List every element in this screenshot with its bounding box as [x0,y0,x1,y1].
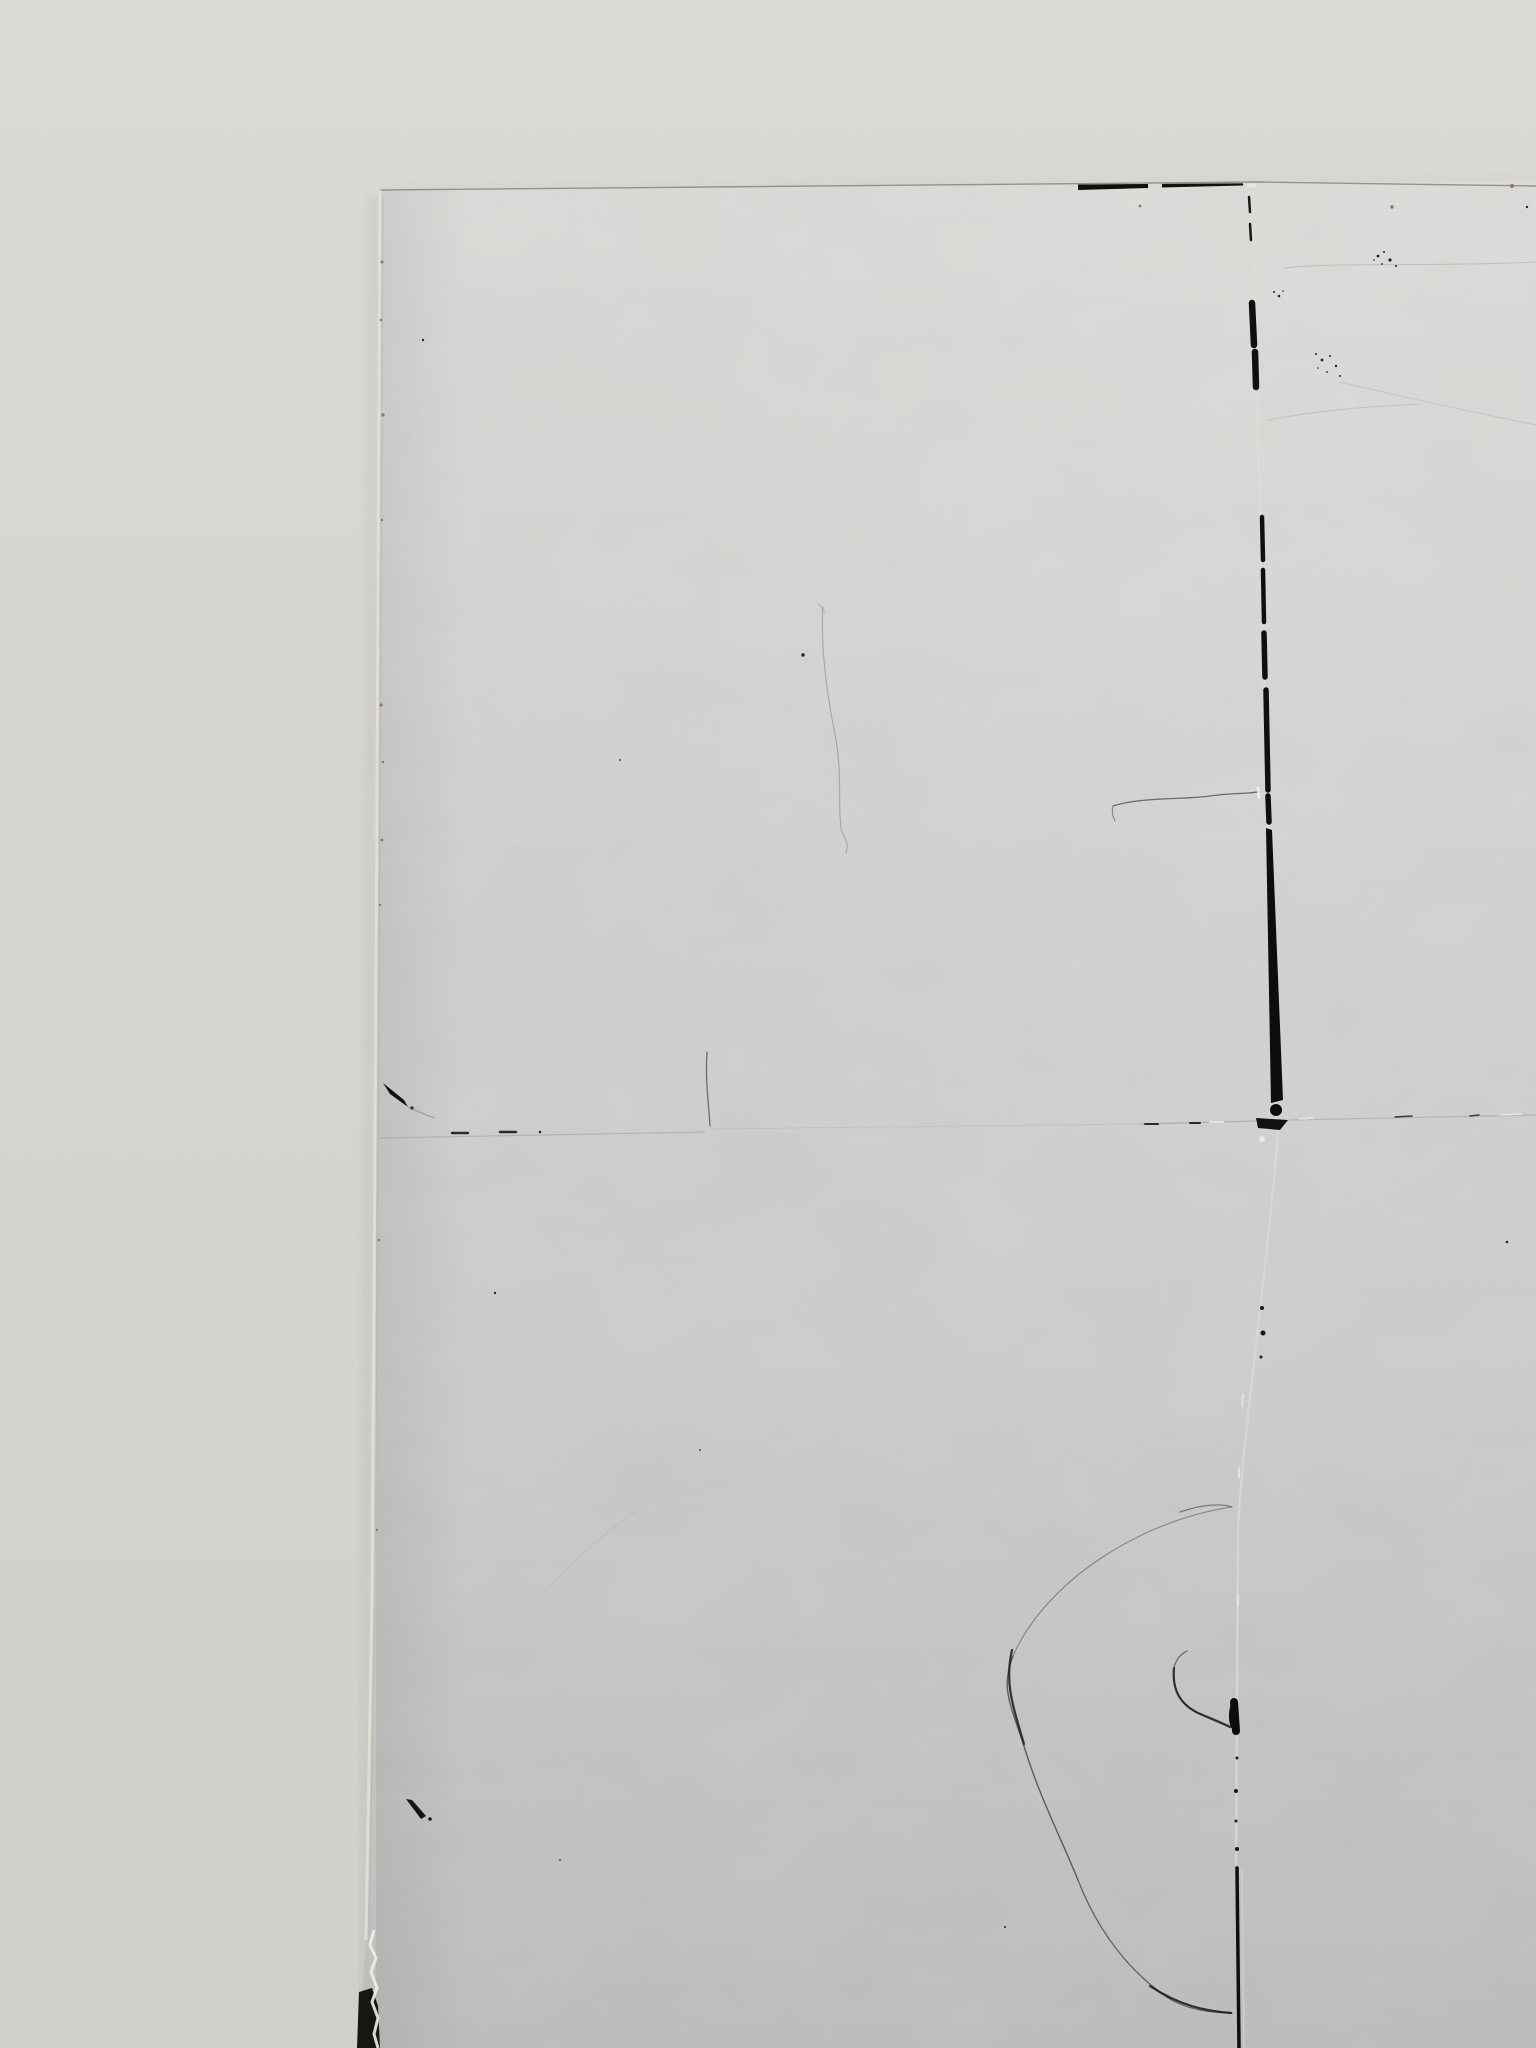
speck [1506,1241,1509,1244]
speck [1526,206,1528,208]
photo-scene [0,0,1536,2048]
rust-speck [381,261,384,264]
seam-wedge-blob [1270,1104,1282,1116]
seam-dot-3 [1260,1356,1263,1359]
seam-black-segment-1 [1262,517,1264,622]
speck [1388,258,1391,261]
rust-speck [376,1529,378,1531]
hook-black-blob [1229,1703,1237,1729]
seam-dot-7 [1235,1847,1239,1851]
silver-leaf-panel [350,170,1536,2048]
rust-speck [379,703,382,706]
speck [422,339,424,341]
speck [1321,359,1324,362]
speck [699,1449,701,1451]
rust-speck [379,904,381,906]
speck [1273,291,1275,293]
seam-black-blobs-upper [1252,303,1256,387]
panel-highlight [350,170,1536,2048]
seam-dot-6 [1235,1820,1238,1823]
seam-dot-2 [1261,1331,1266,1336]
speck [619,759,621,761]
rust-speck [382,761,384,763]
speck [1326,371,1328,373]
speck [1315,353,1317,355]
speck [1383,251,1385,253]
seam-white-fleck-2 [1259,1136,1265,1142]
speck [559,1859,561,1861]
speck [1381,263,1383,265]
rust-speck [381,519,383,521]
top-band-left [1078,185,1148,187]
rust-speck [380,319,382,321]
artwork-photo [0,0,1536,2048]
seam-dot-5 [1234,1789,1238,1793]
rust-speck [381,413,384,416]
speck [1339,375,1341,377]
speck [1395,265,1397,267]
speck [1377,255,1380,258]
tick-dot [428,1817,432,1821]
speck [1004,1926,1006,1928]
seam-dot-4 [1236,1757,1239,1760]
rust-speck [1139,205,1142,208]
speck [1278,295,1281,298]
seam-dot-1 [1260,1306,1264,1310]
seam-white-fleck-1 [1258,788,1259,797]
hseam-dot [539,1131,542,1134]
top-band-white-gap [1247,185,1256,186]
rust-speck [1390,205,1394,209]
speck [1373,259,1375,261]
panel-edge-shading [376,190,466,2048]
speck [494,1292,496,1294]
rust-speck [381,839,384,842]
speck [801,653,804,656]
speck [1335,365,1337,367]
speck [1317,367,1319,369]
speck [1329,355,1331,357]
seam-solid-bottom [1237,1868,1239,2048]
speck [1282,290,1284,292]
rust-speck [378,1239,381,1242]
